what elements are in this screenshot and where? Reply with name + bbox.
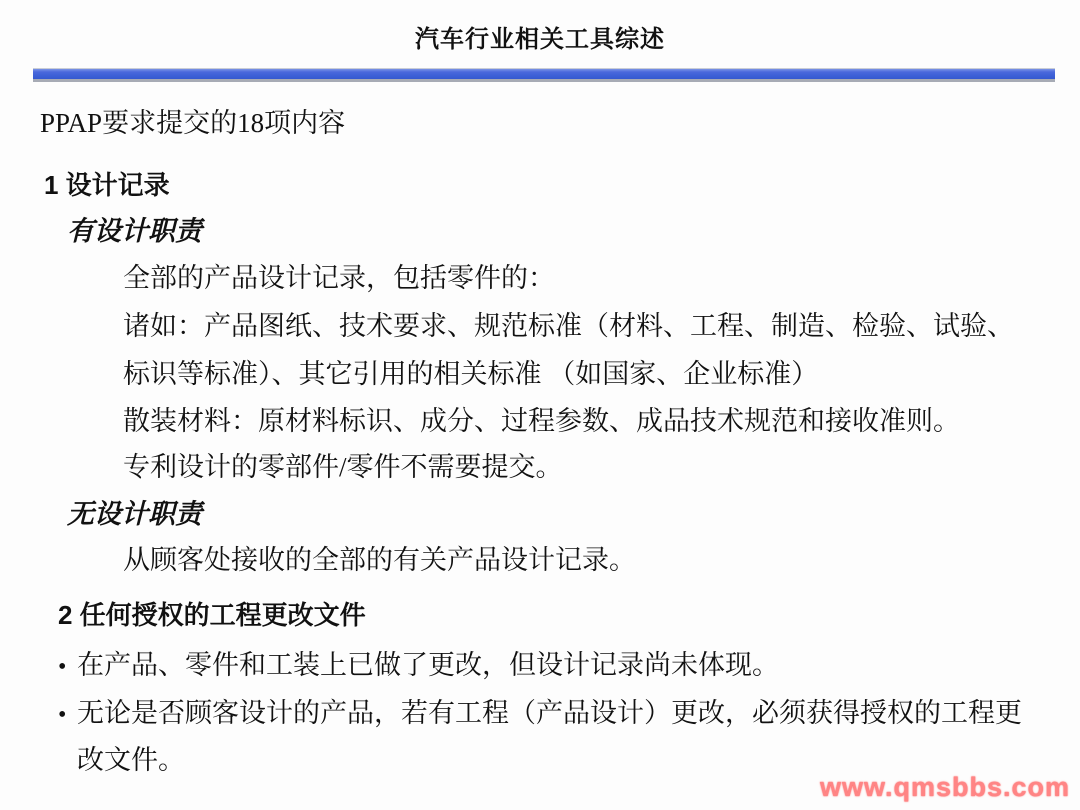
- has-design-line-3: 标识等标准）、其它引用的相关标准 （如国家、企业标准）: [123, 357, 818, 392]
- page-title: 汽车行业相关工具综述: [0, 26, 1080, 55]
- bullet-item-2: •无论是否顾客设计的产品，若有工程（产品设计）更改，必须获得授权的工程更: [58, 696, 1022, 731]
- has-design-line-5: 专利设计的零部件/零件不需要提交。: [123, 450, 563, 485]
- bullet-item-2-text-line-1: 无论是否顾客设计的产品，若有工程（产品设计）更改，必须获得授权的工程更: [77, 698, 1022, 728]
- bullet-icon: •: [58, 652, 77, 683]
- bullet-item-2-text-line-2: 改文件。: [77, 743, 185, 778]
- section1-subheading-has-design: 有设计职责: [67, 215, 202, 247]
- has-design-line-4: 散装材料：原材料标识、成分、过程参数、成品技术规范和接收准则。: [123, 404, 960, 439]
- bullet-item-1-text: 在产品、零件和工装上已做了更改，但设计记录尚未体现。: [77, 650, 779, 680]
- section1-heading: 1 设计记录: [44, 170, 170, 201]
- section1-subheading-no-design: 无设计职责: [67, 498, 202, 530]
- slide-page: 汽车行业相关工具综述 PPAP要求提交的18项内容 1 设计记录 有设计职责 全…: [0, 0, 1080, 810]
- no-design-line-1: 从顾客处接收的全部的有关产品设计记录。: [123, 543, 636, 578]
- divider-bar: [33, 68, 1055, 82]
- bullet-icon: •: [58, 700, 77, 731]
- bullet-item-1: •在产品、零件和工装上已做了更改，但设计记录尚未体现。: [58, 648, 779, 683]
- has-design-line-1: 全部的产品设计记录，包括零件的：: [123, 261, 555, 296]
- watermark: www.qmsbbs.com: [820, 772, 1070, 803]
- has-design-line-2: 诸如：产品图纸、技术要求、规范标准（材料、工程、制造、检验、试验、: [123, 309, 1014, 344]
- subtitle: PPAP要求提交的18项内容: [40, 107, 345, 139]
- section2-heading: 2 任何授权的工程更改文件: [58, 600, 366, 631]
